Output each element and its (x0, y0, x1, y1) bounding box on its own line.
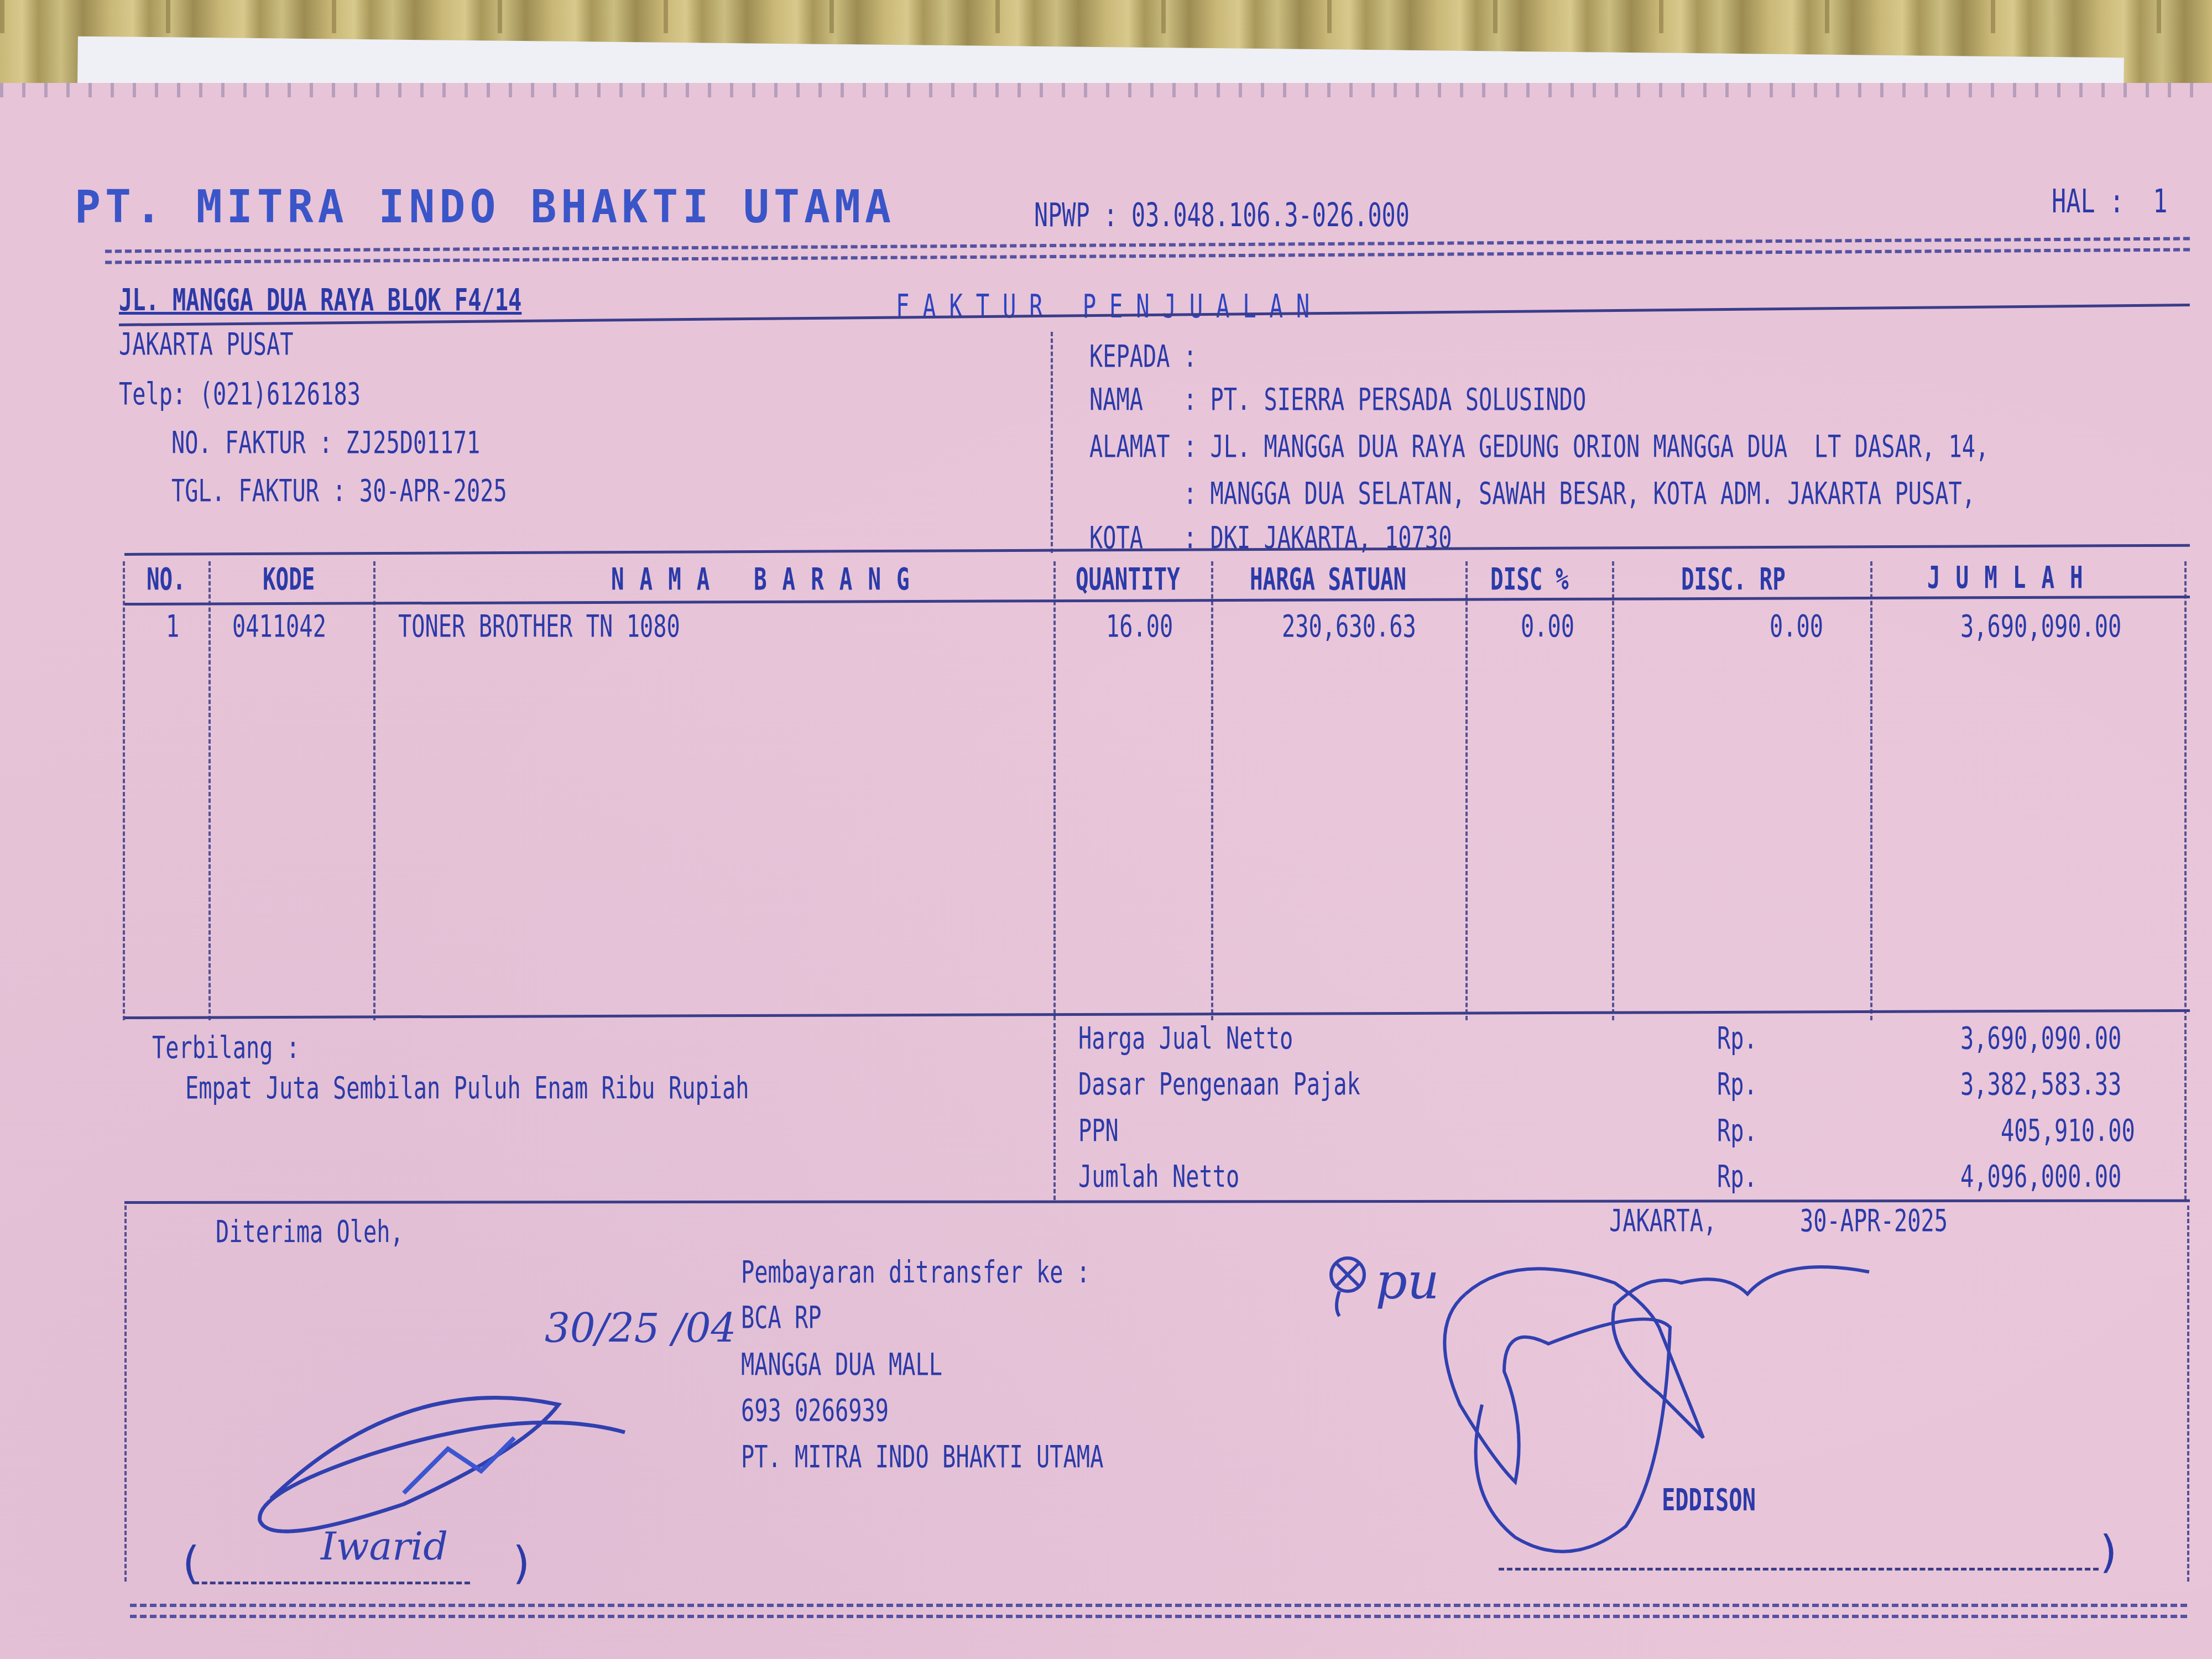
perforation-edge (0, 83, 2212, 97)
cell-disc-pct: 0.00 (1521, 608, 1574, 644)
customer-name-value: PT. SIERRA PERSADA SOLUSINDO (1210, 382, 1586, 418)
total-label: Jumlah Netto (1078, 1159, 1239, 1194)
invoice-date-label: TGL. FAKTUR (171, 473, 319, 509)
col-sep-7 (1870, 561, 1872, 1020)
invoice-date: TGL. FAKTUR : 30-APR-2025 (171, 473, 507, 509)
col-sep-6 (1612, 561, 1614, 1020)
col-header-jumlah: JUMLAH (1927, 560, 2099, 596)
currency: Rp. (1717, 1066, 1757, 1102)
customer-address-line2: MANGGA DUA SELATAN, SAWAH BESAR, KOTA AD… (1210, 476, 1975, 512)
footer-double-rule (130, 1604, 2187, 1618)
phone-value: (021)6126183 (200, 376, 361, 412)
sign-place: JAKARTA, (1609, 1203, 1717, 1239)
seller-address-line1: JL. MANGGA DUA RAYA BLOK F4/14 (119, 282, 521, 318)
customer-address-line1: JL. MANGGA DUA RAYA GEDUNG ORION MANGGA … (1210, 429, 1989, 465)
received-by-label: Diterima Oleh, (216, 1214, 404, 1250)
totals-divider (1053, 1023, 1056, 1200)
invoice-number-label: NO. FAKTUR (171, 425, 306, 461)
col-sep-8 (2184, 561, 2187, 1020)
footer-left-edge (124, 1206, 127, 1582)
npwp: NPWP : 03.048.106.3-026.000 (1034, 196, 1410, 234)
invoice-date-value: 30-APR-2025 (359, 473, 507, 509)
customer-to-label: KEPADA : (1089, 338, 1197, 374)
col-header-nama-barang: NAMA BARANG (611, 561, 925, 597)
cell-quantity: 16.00 (1106, 608, 1173, 644)
handwritten-receive-date: 30/25 /04 (545, 1305, 736, 1352)
col-sep-2 (373, 561, 375, 1020)
col-sep-5 (1465, 561, 1468, 1020)
company-name: PT. MITRA INDO BHAKTI UTAMA (75, 181, 895, 234)
total-label: Dasar Pengenaan Pajak (1078, 1066, 1360, 1102)
total-value: 3,382,583.33 (1960, 1066, 2121, 1102)
payment-account-number: 693 0266939 (741, 1392, 889, 1428)
col-header-kode: KODE (263, 561, 315, 597)
total-label: PPN (1078, 1113, 1119, 1149)
phone-label: Telp: (119, 376, 186, 412)
invoice-number-value: ZJ25D01171 (346, 425, 481, 461)
payment-label: Pembayaran ditransfer ke : (741, 1254, 1090, 1290)
customer-name: NAMA : PT. SIERRA PERSADA SOLUSINDO (1089, 382, 1586, 418)
col-header-disc-pct: DISC % (1490, 561, 1569, 597)
currency: Rp. (1717, 1113, 1757, 1149)
page-indicator: HAL : 1 (2052, 182, 2168, 220)
npwp-value: 03.048.106.3-026.000 (1131, 196, 1410, 234)
seller-address-line2: JAKARTA PUSAT (119, 326, 294, 362)
cell-nama-barang: TONER BROTHER TN 1080 (398, 608, 680, 644)
payment-bank: BCA RP (741, 1300, 822, 1335)
terbilang-text: Empat Juta Sembilan Puluh Enam Ribu Rupi… (185, 1070, 749, 1106)
currency: Rp. (1717, 1020, 1757, 1056)
cell-harga-satuan: 230,630.63 (1282, 608, 1416, 644)
col-sep-1 (208, 561, 211, 1020)
cell-disc-rp: 0.00 (1770, 608, 1823, 644)
customer-address: ALAMAT : JL. MANGGA DUA RAYA GEDUNG ORIO… (1089, 429, 1989, 465)
total-value: 4,096,000.00 (1960, 1159, 2121, 1194)
col-header-quantity: QUANTITY (1076, 561, 1180, 597)
customer-address-label: ALAMAT (1089, 429, 1170, 465)
invoice-title: FAKTUR PENJUALAN (896, 288, 1323, 325)
customer-divider (1051, 332, 1053, 553)
col-sep-0 (123, 561, 125, 1020)
customer-address-cont: : MANGGA DUA SELATAN, SAWAH BESAR, KOTA … (1089, 476, 1975, 512)
seller-bracket-close: ) (2096, 1526, 2122, 1578)
total-value: 3,690,090.00 (1960, 1020, 2121, 1056)
receiver-signature-icon (238, 1383, 636, 1559)
cell-kode: 0411042 (232, 608, 326, 644)
sign-date: 30-APR-2025 (1800, 1203, 1948, 1239)
totals-right-edge (2184, 1023, 2187, 1200)
customer-name-label: NAMA (1089, 382, 1143, 418)
total-label: Harga Jual Netto (1078, 1020, 1293, 1056)
cell-jumlah: 3,690,090.00 (1960, 608, 2121, 644)
currency: Rp. (1717, 1159, 1757, 1194)
total-value: 405,910.00 (2001, 1113, 2135, 1149)
footer-right-edge (2187, 1206, 2189, 1582)
npwp-label: NPWP (1034, 196, 1090, 234)
page-label: HAL (2052, 182, 2095, 220)
cell-no: 1 (166, 608, 179, 644)
col-sep-4 (1211, 561, 1213, 1020)
seller-phone: Telp: (021)6126183 (119, 376, 361, 412)
col-header-no: NO. (147, 561, 186, 597)
col-header-disc-rp: DISC. RP (1681, 561, 1786, 597)
col-sep-3 (1053, 561, 1056, 1020)
initials-mark-icon (1326, 1253, 1375, 1319)
col-header-harga-satuan: HARGA SATUAN (1250, 561, 1406, 597)
page-number: 1 (2153, 182, 2167, 220)
terbilang-label: Terbilang : (152, 1030, 300, 1066)
receiver-sign-line (194, 1582, 470, 1584)
payment-branch: MANGGA DUA MALL (741, 1347, 942, 1383)
seller-signature-icon (1416, 1261, 1913, 1571)
wicker-shadow (0, 0, 2212, 33)
payment-account-name: PT. MITRA INDO BHAKTI UTAMA (741, 1439, 1103, 1475)
invoice-number: NO. FAKTUR : ZJ25D01171 (171, 425, 480, 461)
